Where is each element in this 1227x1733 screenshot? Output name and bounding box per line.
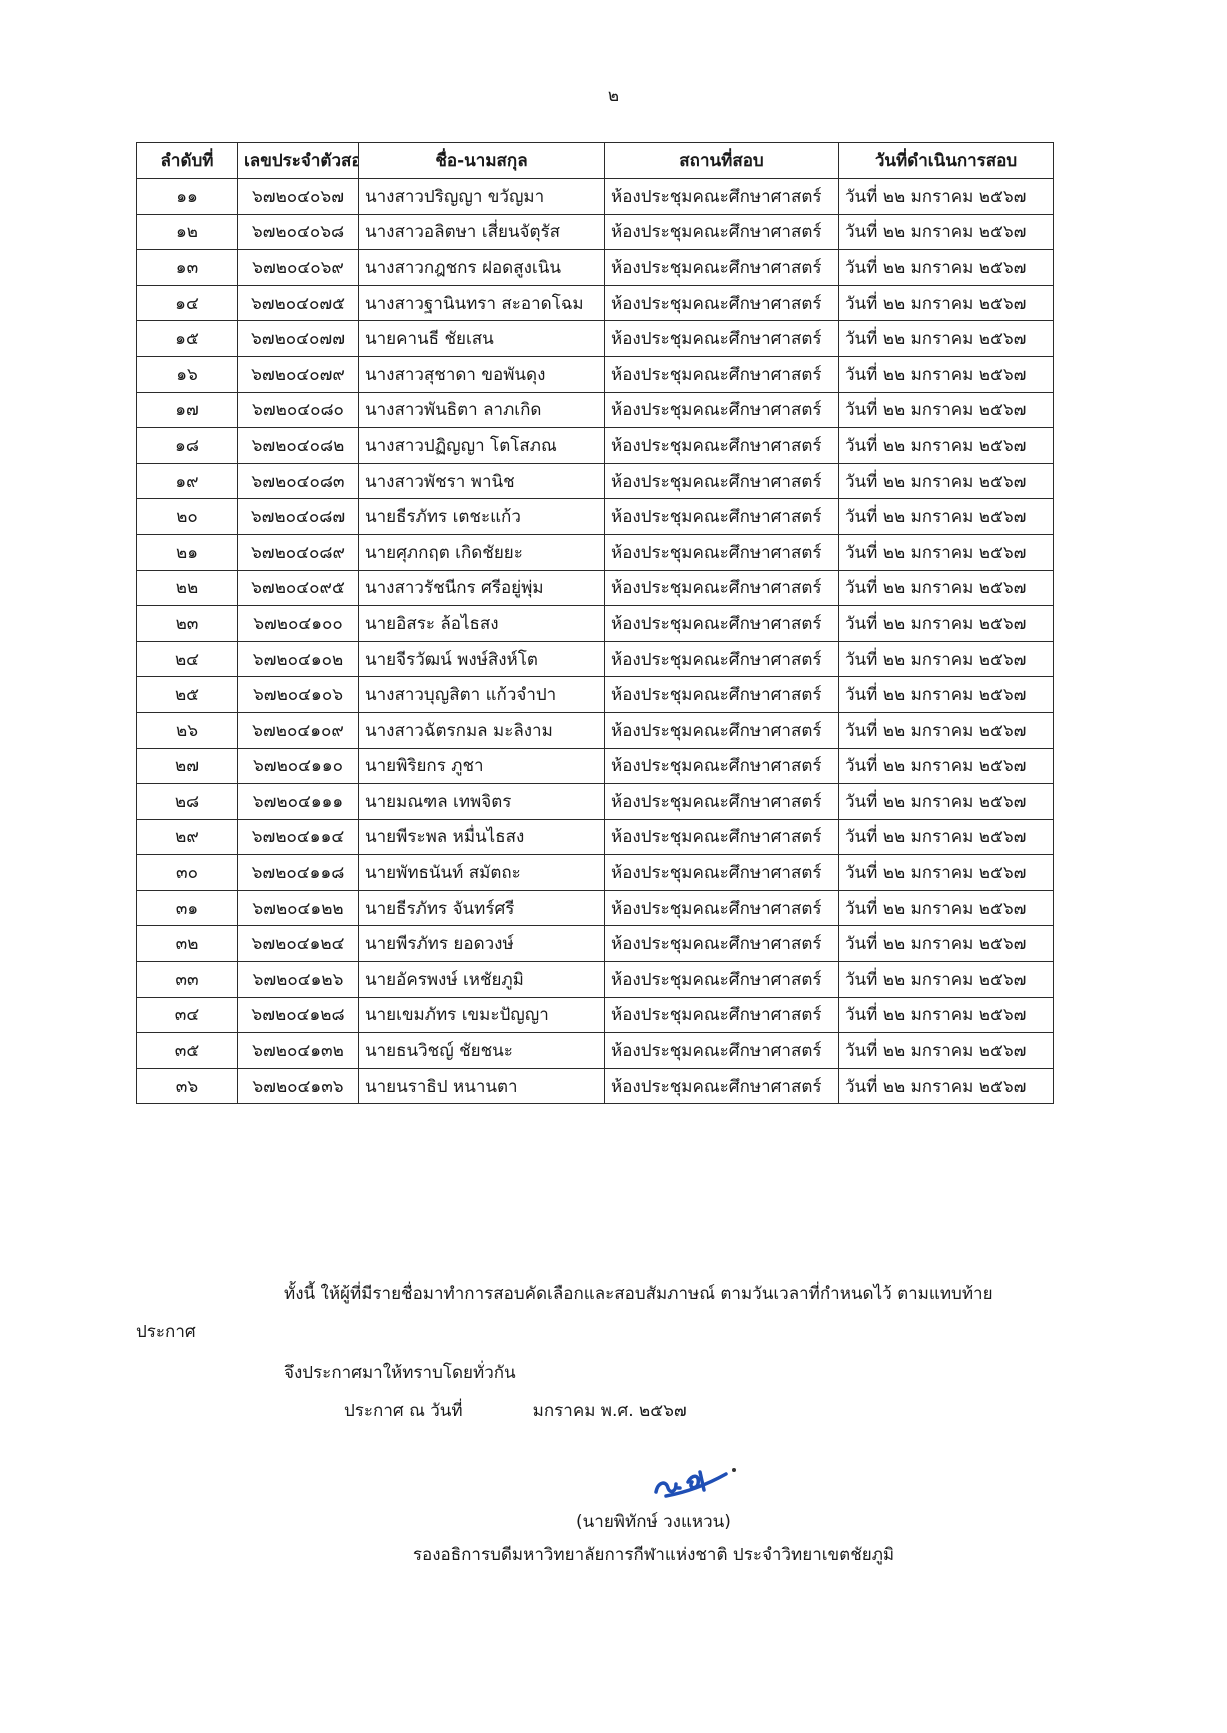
cell-name: นายพิริยกร ภูชา — [359, 748, 605, 784]
cell-venue: ห้องประชุมคณะศึกษาศาสตร์ — [605, 748, 839, 784]
cell-name: นายธีรภัทร เตชะแก้ว — [359, 499, 605, 535]
cell-order: ๑๓ — [137, 250, 238, 286]
cell-date: วันที่ ๒๒ มกราคม ๒๕๖๗ — [839, 428, 1054, 464]
cell-order: ๒๒ — [137, 570, 238, 606]
table-row: ๑๔๖๗๒๐๔๐๗๕นางสาวฐานินทรา สะอาดโฉมห้องประ… — [137, 285, 1054, 321]
cell-exam-id: ๖๗๒๐๔๐๘๓ — [238, 463, 359, 499]
table-header-row: ลำดับที่ เลขประจำตัวสอบ ชื่อ-นามสกุล สถา… — [137, 143, 1054, 179]
cell-venue: ห้องประชุมคณะศึกษาศาสตร์ — [605, 641, 839, 677]
cell-venue: ห้องประชุมคณะศึกษาศาสตร์ — [605, 677, 839, 713]
cell-order: ๓๒ — [137, 926, 238, 962]
cell-exam-id: ๖๗๒๐๔๑๓๒ — [238, 1033, 359, 1069]
cell-name: นายอิสระ ล้อไธสง — [359, 606, 605, 642]
header-order: ลำดับที่ — [137, 143, 238, 179]
header-exam-id: เลขประจำตัวสอบ — [238, 143, 359, 179]
cell-order: ๓๐ — [137, 855, 238, 891]
cell-order: ๒๘ — [137, 784, 238, 820]
cell-name: นางสาวปฏิญญา โตโสภณ — [359, 428, 605, 464]
header-date: วันที่ดำเนินการสอบ — [839, 143, 1054, 179]
table-row: ๒๙๖๗๒๐๔๑๑๔นายพีระพล หมื่นไธสงห้องประชุมค… — [137, 819, 1054, 855]
cell-name: นางสาวกฎชกร ฝอดสูงเนิน — [359, 250, 605, 286]
table-row: ๒๒๖๗๒๐๔๐๙๕นางสาวรัชนีกร ศรีอยู่พุ่มห้องป… — [137, 570, 1054, 606]
table-row: ๑๙๖๗๒๐๔๐๘๓นางสาวพัชรา พานิชห้องประชุมคณะ… — [137, 463, 1054, 499]
cell-name: นางสาวอลิตษา เสี่ยนจัตุรัส — [359, 214, 605, 250]
cell-order: ๓๕ — [137, 1033, 238, 1069]
cell-date: วันที่ ๒๒ มกราคม ๒๕๖๗ — [839, 641, 1054, 677]
cell-order: ๑๗ — [137, 392, 238, 428]
cell-date: วันที่ ๒๒ มกราคม ๒๕๖๗ — [839, 606, 1054, 642]
cell-exam-id: ๖๗๒๐๔๐๙๕ — [238, 570, 359, 606]
cell-order: ๑๙ — [137, 463, 238, 499]
cell-name: นางสาวพันธิตา ลาภเกิด — [359, 392, 605, 428]
cell-date: วันที่ ๒๒ มกราคม ๒๕๖๗ — [839, 748, 1054, 784]
cell-exam-id: ๖๗๒๐๔๑๐๒ — [238, 641, 359, 677]
table-row: ๑๓๖๗๒๐๔๐๖๙นางสาวกฎชกร ฝอดสูงเนินห้องประช… — [137, 250, 1054, 286]
cell-venue: ห้องประชุมคณะศึกษาศาสตร์ — [605, 1068, 839, 1104]
cell-date: วันที่ ๒๒ มกราคม ๒๕๖๗ — [839, 962, 1054, 998]
table-row: ๓๕๖๗๒๐๔๑๓๒นายธนวิชญ์ ชัยชนะห้องประชุมคณะ… — [137, 1033, 1054, 1069]
cell-date: วันที่ ๒๒ มกราคม ๒๕๖๗ — [839, 392, 1054, 428]
cell-venue: ห้องประชุมคณะศึกษาศาสตร์ — [605, 855, 839, 891]
cell-order: ๒๕ — [137, 677, 238, 713]
cell-exam-id: ๖๗๒๐๔๑๐๙ — [238, 712, 359, 748]
cell-venue: ห้องประชุมคณะศึกษาศาสตร์ — [605, 712, 839, 748]
table-row: ๒๗๖๗๒๐๔๑๑๐นายพิริยกร ภูชาห้องประชุมคณะศึ… — [137, 748, 1054, 784]
cell-order: ๑๕ — [137, 321, 238, 357]
cell-exam-id: ๖๗๒๐๔๐๘๗ — [238, 499, 359, 535]
cell-venue: ห้องประชุมคณะศึกษาศาสตร์ — [605, 499, 839, 535]
table-row: ๓๓๖๗๒๐๔๑๒๖นายอัครพงษ์ เหชัยภูมิห้องประชุ… — [137, 962, 1054, 998]
table-row: ๓๐๖๗๒๐๔๑๑๘นายพัทธนันท์ สมัตถะห้องประชุมค… — [137, 855, 1054, 891]
cell-name: นางสาวพัชรา พานิช — [359, 463, 605, 499]
cell-name: นายคานธี ชัยเสน — [359, 321, 605, 357]
cell-venue: ห้องประชุมคณะศึกษาศาสตร์ — [605, 926, 839, 962]
cell-exam-id: ๖๗๒๐๔๑๐๖ — [238, 677, 359, 713]
table-row: ๑๖๖๗๒๐๔๐๗๙นางสาวสุชาดา ขอพันดุงห้องประชุ… — [137, 356, 1054, 392]
table-row: ๓๑๖๗๒๐๔๑๒๒นายธีรภัทร จันทร์ศรีห้องประชุม… — [137, 890, 1054, 926]
table-row: ๑๑๖๗๒๐๔๐๖๗นางสาวปริญญา ขวัญมาห้องประชุมค… — [137, 179, 1054, 215]
cell-exam-id: ๖๗๒๐๔๐๖๗ — [238, 179, 359, 215]
cell-exam-id: ๖๗๒๐๔๐๘๒ — [238, 428, 359, 464]
cell-date: วันที่ ๒๒ มกราคม ๒๕๖๗ — [839, 712, 1054, 748]
cell-order: ๑๒ — [137, 214, 238, 250]
cell-venue: ห้องประชุมคณะศึกษาศาสตร์ — [605, 819, 839, 855]
table-row: ๑๒๖๗๒๐๔๐๖๘นางสาวอลิตษา เสี่ยนจัตุรัสห้อง… — [137, 214, 1054, 250]
cell-order: ๒๗ — [137, 748, 238, 784]
cell-date: วันที่ ๒๒ มกราคม ๒๕๖๗ — [839, 214, 1054, 250]
cell-venue: ห้องประชุมคณะศึกษาศาสตร์ — [605, 534, 839, 570]
page-number: ๒ — [0, 82, 1227, 109]
cell-date: วันที่ ๒๒ มกราคม ๒๕๖๗ — [839, 570, 1054, 606]
table-row: ๒๘๖๗๒๐๔๑๑๑นายมณฑล เทพจิตรห้องประชุมคณะศึ… — [137, 784, 1054, 820]
cell-order: ๓๑ — [137, 890, 238, 926]
cell-exam-id: ๖๗๒๐๔๐๘๐ — [238, 392, 359, 428]
cell-venue: ห้องประชุมคณะศึกษาศาสตร์ — [605, 997, 839, 1033]
cell-venue: ห้องประชุมคณะศึกษาศาสตร์ — [605, 179, 839, 215]
cell-date: วันที่ ๒๒ มกราคม ๒๕๖๗ — [839, 855, 1054, 891]
signer-position: รองอธิการบดีมหาวิทยาลัยการกีฬาแห่งชาติ ป… — [0, 1541, 1227, 1568]
cell-exam-id: ๖๗๒๐๔๐๗๗ — [238, 321, 359, 357]
cell-venue: ห้องประชุมคณะศึกษาศาสตร์ — [605, 428, 839, 464]
signature-mark — [648, 1452, 738, 1502]
signer-name: (นายพิทักษ์ วงแหวน) — [0, 1508, 1227, 1535]
cell-date: วันที่ ๒๒ มกราคม ๒๕๖๗ — [839, 784, 1054, 820]
table-row: ๒๕๖๗๒๐๔๑๐๖นางสาวบุญสิตา แก้วจำปาห้องประช… — [137, 677, 1054, 713]
cell-name: นางสาวฉัตรกมล มะลิงาม — [359, 712, 605, 748]
announcement-date-suffix: มกราคม พ.ศ. ๒๕๖๗ — [533, 1401, 687, 1421]
cell-date: วันที่ ๒๒ มกราคม ๒๕๖๗ — [839, 677, 1054, 713]
cell-name: นายธนวิชญ์ ชัยชนะ — [359, 1033, 605, 1069]
cell-exam-id: ๖๗๒๐๔๑๑๔ — [238, 819, 359, 855]
cell-order: ๓๓ — [137, 962, 238, 998]
table-row: ๒๔๖๗๒๐๔๑๐๒นายจีรวัฒน์ พงษ์สิงห์โตห้องประ… — [137, 641, 1054, 677]
cell-name: นายศุภกฤต เกิดชัยยะ — [359, 534, 605, 570]
cell-venue: ห้องประชุมคณะศึกษาศาสตร์ — [605, 250, 839, 286]
cell-exam-id: ๖๗๒๐๔๐๖๘ — [238, 214, 359, 250]
cell-exam-id: ๖๗๒๐๔๐๖๙ — [238, 250, 359, 286]
cell-name: นายเขมภัทร เขมะปัญญา — [359, 997, 605, 1033]
header-venue: สถานที่สอบ — [605, 143, 839, 179]
cell-venue: ห้องประชุมคณะศึกษาศาสตร์ — [605, 463, 839, 499]
cell-venue: ห้องประชุมคณะศึกษาศาสตร์ — [605, 784, 839, 820]
table-row: ๒๑๖๗๒๐๔๐๘๙นายศุภกฤต เกิดชัยยะห้องประชุมค… — [137, 534, 1054, 570]
cell-name: นายธีรภัทร จันทร์ศรี — [359, 890, 605, 926]
cell-order: ๒๓ — [137, 606, 238, 642]
cell-date: วันที่ ๒๒ มกราคม ๒๕๖๗ — [839, 1033, 1054, 1069]
announcement-date: ประกาศ ณ วันที่มกราคม พ.ศ. ๒๕๖๗ — [344, 1397, 687, 1424]
cell-exam-id: ๖๗๒๐๔๑๑๐ — [238, 748, 359, 784]
cell-venue: ห้องประชุมคณะศึกษาศาสตร์ — [605, 356, 839, 392]
table-row: ๑๘๖๗๒๐๔๐๘๒นางสาวปฏิญญา โตโสภณห้องประชุมค… — [137, 428, 1054, 464]
cell-order: ๒๙ — [137, 819, 238, 855]
cell-exam-id: ๖๗๒๐๔๑๓๖ — [238, 1068, 359, 1104]
table-row: ๒๐๖๗๒๐๔๐๘๗นายธีรภัทร เตชะแก้วห้องประชุมค… — [137, 499, 1054, 535]
cell-name: นางสาวปริญญา ขวัญมา — [359, 179, 605, 215]
cell-name: นายมณฑล เทพจิตร — [359, 784, 605, 820]
cell-date: วันที่ ๒๒ มกราคม ๒๕๖๗ — [839, 321, 1054, 357]
cell-venue: ห้องประชุมคณะศึกษาศาสตร์ — [605, 285, 839, 321]
cell-exam-id: ๖๗๒๐๔๑๐๐ — [238, 606, 359, 642]
table-row: ๒๓๖๗๒๐๔๑๐๐นายอิสระ ล้อไธสงห้องประชุมคณะศ… — [137, 606, 1054, 642]
cell-order: ๒๑ — [137, 534, 238, 570]
cell-order: ๑๘ — [137, 428, 238, 464]
header-name: ชื่อ-นามสกุล — [359, 143, 605, 179]
cell-order: ๑๑ — [137, 179, 238, 215]
cell-order: ๓๔ — [137, 997, 238, 1033]
cell-date: วันที่ ๒๒ มกราคม ๒๕๖๗ — [839, 179, 1054, 215]
cell-date: วันที่ ๒๒ มกราคม ๒๕๖๗ — [839, 997, 1054, 1033]
cell-date: วันที่ ๒๒ มกราคม ๒๕๖๗ — [839, 250, 1054, 286]
cell-order: ๒๐ — [137, 499, 238, 535]
cell-date: วันที่ ๒๒ มกราคม ๒๕๖๗ — [839, 890, 1054, 926]
cell-date: วันที่ ๒๒ มกราคม ๒๕๖๗ — [839, 819, 1054, 855]
cell-date: วันที่ ๒๒ มกราคม ๒๕๖๗ — [839, 1068, 1054, 1104]
cell-order: ๒๖ — [137, 712, 238, 748]
cell-name: นายนราธิป หนานตา — [359, 1068, 605, 1104]
table-row: ๓๒๖๗๒๐๔๑๒๔นายพีรภัทร ยอดวงษ์ห้องประชุมคณ… — [137, 926, 1054, 962]
table-body: ๑๑๖๗๒๐๔๐๖๗นางสาวปริญญา ขวัญมาห้องประชุมค… — [137, 179, 1054, 1104]
cell-venue: ห้องประชุมคณะศึกษาศาสตร์ — [605, 392, 839, 428]
cell-exam-id: ๖๗๒๐๔๐๘๙ — [238, 534, 359, 570]
cell-date: วันที่ ๒๒ มกราคม ๒๕๖๗ — [839, 534, 1054, 570]
cell-venue: ห้องประชุมคณะศึกษาศาสตร์ — [605, 1033, 839, 1069]
cell-exam-id: ๖๗๒๐๔๑๑๑ — [238, 784, 359, 820]
cell-order: ๓๖ — [137, 1068, 238, 1104]
cell-name: นายจีรวัฒน์ พงษ์สิงห์โต — [359, 641, 605, 677]
cell-exam-id: ๖๗๒๐๔๑๒๔ — [238, 926, 359, 962]
cell-date: วันที่ ๒๒ มกราคม ๒๕๖๗ — [839, 285, 1054, 321]
cell-venue: ห้องประชุมคณะศึกษาศาสตร์ — [605, 321, 839, 357]
cell-order: ๒๔ — [137, 641, 238, 677]
table-row: ๑๕๖๗๒๐๔๐๗๗นายคานธี ชัยเสนห้องประชุมคณะศึ… — [137, 321, 1054, 357]
candidate-table: ลำดับที่ เลขประจำตัวสอบ ชื่อ-นามสกุล สถา… — [136, 142, 1054, 1104]
cell-exam-id: ๖๗๒๐๔๑๒๘ — [238, 997, 359, 1033]
cell-date: วันที่ ๒๒ มกราคม ๒๕๖๗ — [839, 499, 1054, 535]
cell-name: นายอัครพงษ์ เหชัยภูมิ — [359, 962, 605, 998]
cell-venue: ห้องประชุมคณะศึกษาศาสตร์ — [605, 570, 839, 606]
cell-venue: ห้องประชุมคณะศึกษาศาสตร์ — [605, 962, 839, 998]
cell-name: นายพีรภัทร ยอดวงษ์ — [359, 926, 605, 962]
instruction-paragraph-continued: ประกาศ — [136, 1318, 196, 1345]
cell-exam-id: ๖๗๒๐๔๐๗๙ — [238, 356, 359, 392]
cell-date: วันที่ ๒๒ มกราคม ๒๕๖๗ — [839, 356, 1054, 392]
cell-name: นางสาวสุชาดา ขอพันดุง — [359, 356, 605, 392]
table-row: ๓๖๖๗๒๐๔๑๓๖นายนราธิป หนานตาห้องประชุมคณะศ… — [137, 1068, 1054, 1104]
cell-venue: ห้องประชุมคณะศึกษาศาสตร์ — [605, 214, 839, 250]
cell-exam-id: ๖๗๒๐๔๐๗๕ — [238, 285, 359, 321]
cell-name: นางสาวฐานินทรา สะอาดโฉม — [359, 285, 605, 321]
cell-venue: ห้องประชุมคณะศึกษาศาสตร์ — [605, 606, 839, 642]
cell-order: ๑๖ — [137, 356, 238, 392]
cell-name: นายพัทธนันท์ สมัตถะ — [359, 855, 605, 891]
table-row: ๓๔๖๗๒๐๔๑๒๘นายเขมภัทร เขมะปัญญาห้องประชุม… — [137, 997, 1054, 1033]
cell-venue: ห้องประชุมคณะศึกษาศาสตร์ — [605, 890, 839, 926]
table-row: ๒๖๖๗๒๐๔๑๐๙นางสาวฉัตรกมล มะลิงามห้องประชุ… — [137, 712, 1054, 748]
cell-date: วันที่ ๒๒ มกราคม ๒๕๖๗ — [839, 926, 1054, 962]
notice-paragraph: จึงประกาศมาให้ทราบโดยทั่วกัน — [284, 1359, 516, 1386]
cell-name: นางสาวรัชนีกร ศรีอยู่พุ่ม — [359, 570, 605, 606]
cell-exam-id: ๖๗๒๐๔๑๒๖ — [238, 962, 359, 998]
cell-name: นางสาวบุญสิตา แก้วจำปา — [359, 677, 605, 713]
instruction-paragraph: ทั้งนี้ ให้ผู้ที่มีรายชื่อมาทำการสอบคัดเ… — [284, 1280, 993, 1307]
table-row: ๑๗๖๗๒๐๔๐๘๐นางสาวพันธิตา ลาภเกิดห้องประชุ… — [137, 392, 1054, 428]
cell-name: นายพีระพล หมื่นไธสง — [359, 819, 605, 855]
announcement-date-prefix: ประกาศ ณ วันที่ — [344, 1401, 463, 1421]
cell-date: วันที่ ๒๒ มกราคม ๒๕๖๗ — [839, 463, 1054, 499]
cell-exam-id: ๖๗๒๐๔๑๒๒ — [238, 890, 359, 926]
cell-exam-id: ๖๗๒๐๔๑๑๘ — [238, 855, 359, 891]
cell-order: ๑๔ — [137, 285, 238, 321]
